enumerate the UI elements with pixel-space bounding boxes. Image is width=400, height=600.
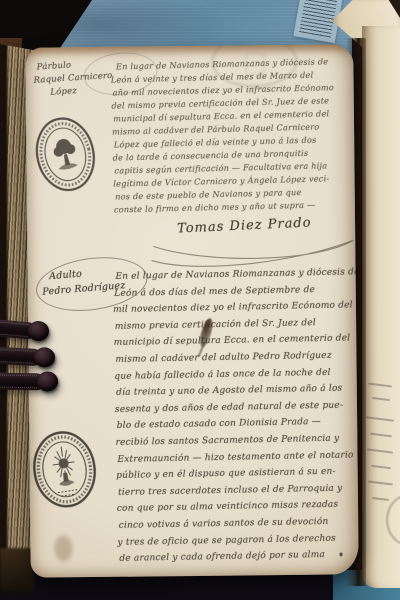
parish-seal-tree-icon <box>27 109 105 199</box>
parish-seal-monstrance-icon <box>26 425 104 516</box>
strap-knob <box>33 347 55 368</box>
strap-knob <box>27 320 50 342</box>
facing-page-text-fragment <box>372 497 389 501</box>
facing-page <box>362 26 400 588</box>
facing-page-text-fragment <box>370 433 392 438</box>
leather-strap <box>0 319 37 340</box>
facing-page-text-fragment <box>368 383 392 388</box>
manuscript-line: de arancel y cada ofrenda dejó por su al… <box>119 546 359 567</box>
tree-emblem <box>51 137 79 172</box>
foxing-spot <box>54 535 72 561</box>
ink-dot <box>340 552 343 556</box>
entry2-record-text: En el lugar de Navianos Riomanzanas y di… <box>112 264 359 568</box>
archive-photo: Párbulo Raquel Carnicero López En lugar … <box>0 0 400 600</box>
entry1-record-text: En lugar de Navianos Riomanzanas y dióce… <box>110 54 358 216</box>
facing-page-text-fragment <box>368 480 393 485</box>
strap-knob <box>37 371 58 391</box>
monstrance-emblem <box>50 445 79 497</box>
facing-page-text-fragment <box>372 397 390 401</box>
register-page: Párbulo Raquel Carnicero López En lugar … <box>25 44 359 577</box>
facing-page-text-fragment <box>371 465 391 469</box>
fore-edge-bottom-shadow <box>0 548 34 592</box>
clipping-print-lines <box>299 0 337 38</box>
leather-strap <box>0 347 42 366</box>
facing-page-partial-stamp <box>386 494 400 546</box>
signature-flourish <box>145 230 359 268</box>
facing-page-text-fragment <box>366 416 394 421</box>
facing-page-text-fragment <box>367 448 393 453</box>
leather-strap <box>0 373 45 391</box>
leather-straps <box>0 316 86 408</box>
